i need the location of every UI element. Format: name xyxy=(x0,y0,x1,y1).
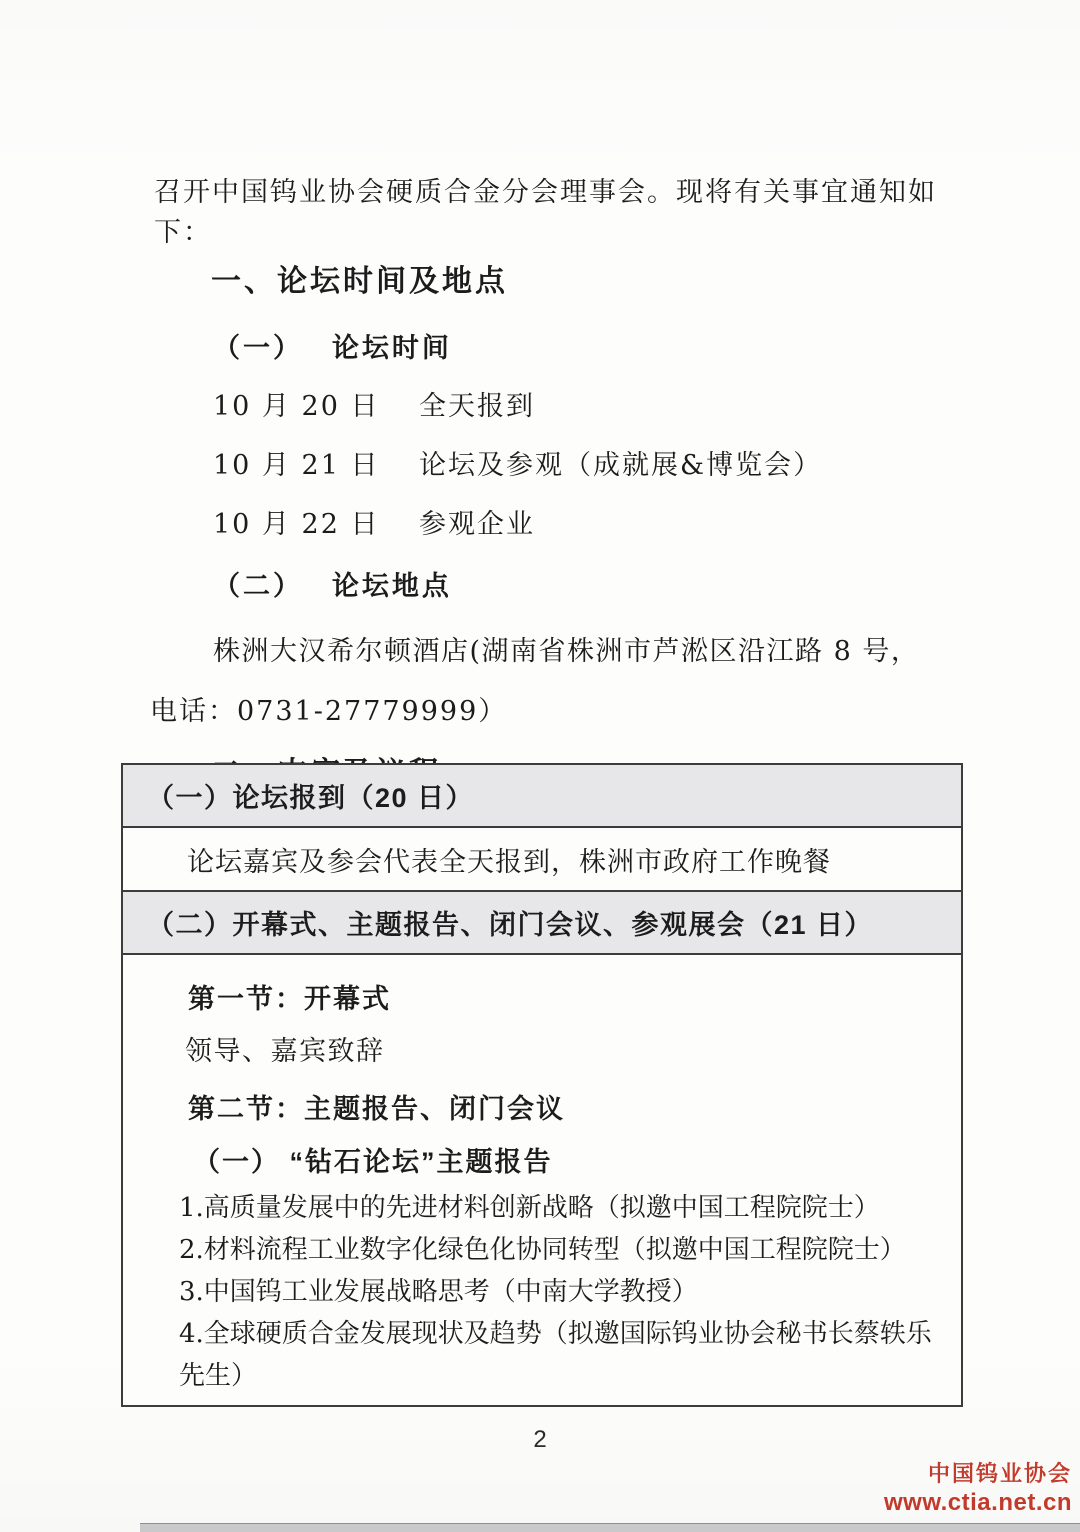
page-number: 2 xyxy=(0,1426,1080,1454)
association-url: www.ctia.net.cn xyxy=(884,1488,1072,1518)
agenda-line-diamond-forum: （一） “钻石论坛”主题报告 xyxy=(193,1142,947,1182)
table-header-text: （二）开幕式、主题报告、闭门会议、参观展会（21 日） xyxy=(147,903,873,942)
agenda-table: （一）论坛报到（20 日） 论坛嘉宾及参会代表全天报到，株洲市政府工作晚餐 （二… xyxy=(121,763,963,1407)
table-header-text: （一）论坛报到（20 日） xyxy=(147,776,474,815)
scan-edge-artifact xyxy=(140,1523,1080,1532)
schedule-line-oct20: 10 月 20 日 全天报到 xyxy=(213,384,535,423)
association-name: 中国钨业协会 xyxy=(884,1460,1072,1488)
agenda-line-session1: 第一节：开幕式 xyxy=(188,979,947,1019)
venue-phone-line: 电话：0731-27779999） xyxy=(150,689,507,728)
table-cell-agenda-detail: 第一节：开幕式 领导、嘉宾致辞 第二节：主题报告、闭门会议 （一） “钻石论坛”… xyxy=(123,955,961,1405)
venue-address-line: 株洲大汉希尔顿酒店(湖南省株洲市芦淞区沿江路 8 号， xyxy=(213,629,919,668)
agenda-item-1: 1.高质量发展中的先进材料创新战略（拟邀中国工程院院士） xyxy=(179,1187,951,1229)
schedule-line-oct22: 10 月 22 日 参观企业 xyxy=(213,502,535,541)
intro-paragraph: 召开中国钨业协会硬质合金分会理事会。现将有关事宜通知如下： xyxy=(154,173,964,253)
table-cell-text: 论坛嘉宾及参会代表全天报到，株洲市政府工作晚餐 xyxy=(187,840,831,879)
agenda-line-session2: 第二节：主题报告、闭门会议 xyxy=(188,1089,947,1129)
agenda-item-2: 2.材料流程工业数字化绿色化协同转型（拟邀中国工程院院士） xyxy=(179,1229,951,1271)
subheading-forum-place: （二） 论坛地点 xyxy=(213,564,452,603)
association-watermark: 中国钨业协会 www.ctia.net.cn xyxy=(884,1460,1072,1518)
subheading-forum-time: （一） 论坛时间 xyxy=(213,326,452,365)
table-header-row-registration: （一）论坛报到（20 日） xyxy=(123,765,961,828)
table-row-registration-detail: 论坛嘉宾及参会代表全天报到，株洲市政府工作晚餐 xyxy=(123,828,961,892)
agenda-item-3: 3.中国钨工业发展战略思考（中南大学教授） xyxy=(179,1271,951,1313)
table-header-row-opening: （二）开幕式、主题报告、闭门会议、参观展会（21 日） xyxy=(123,892,961,955)
schedule-line-oct21: 10 月 21 日 论坛及参观（成就展&博览会） xyxy=(213,443,822,482)
section-heading-time-place: 一、论坛时间及地点 xyxy=(211,256,508,300)
agenda-line-speeches: 领导、嘉宾致辞 xyxy=(185,1032,947,1072)
document-page: 召开中国钨业协会硬质合金分会理事会。现将有关事宜通知如下： 一、论坛时间及地点 … xyxy=(0,0,1080,1532)
agenda-item-list: 1.高质量发展中的先进材料创新战略（拟邀中国工程院院士） 2.材料流程工业数字化… xyxy=(179,1187,947,1397)
agenda-item-4: 4.全球硬质合金发展现状及趋势（拟邀国际钨业协会秘书长蔡轶乐先生） xyxy=(179,1313,951,1397)
